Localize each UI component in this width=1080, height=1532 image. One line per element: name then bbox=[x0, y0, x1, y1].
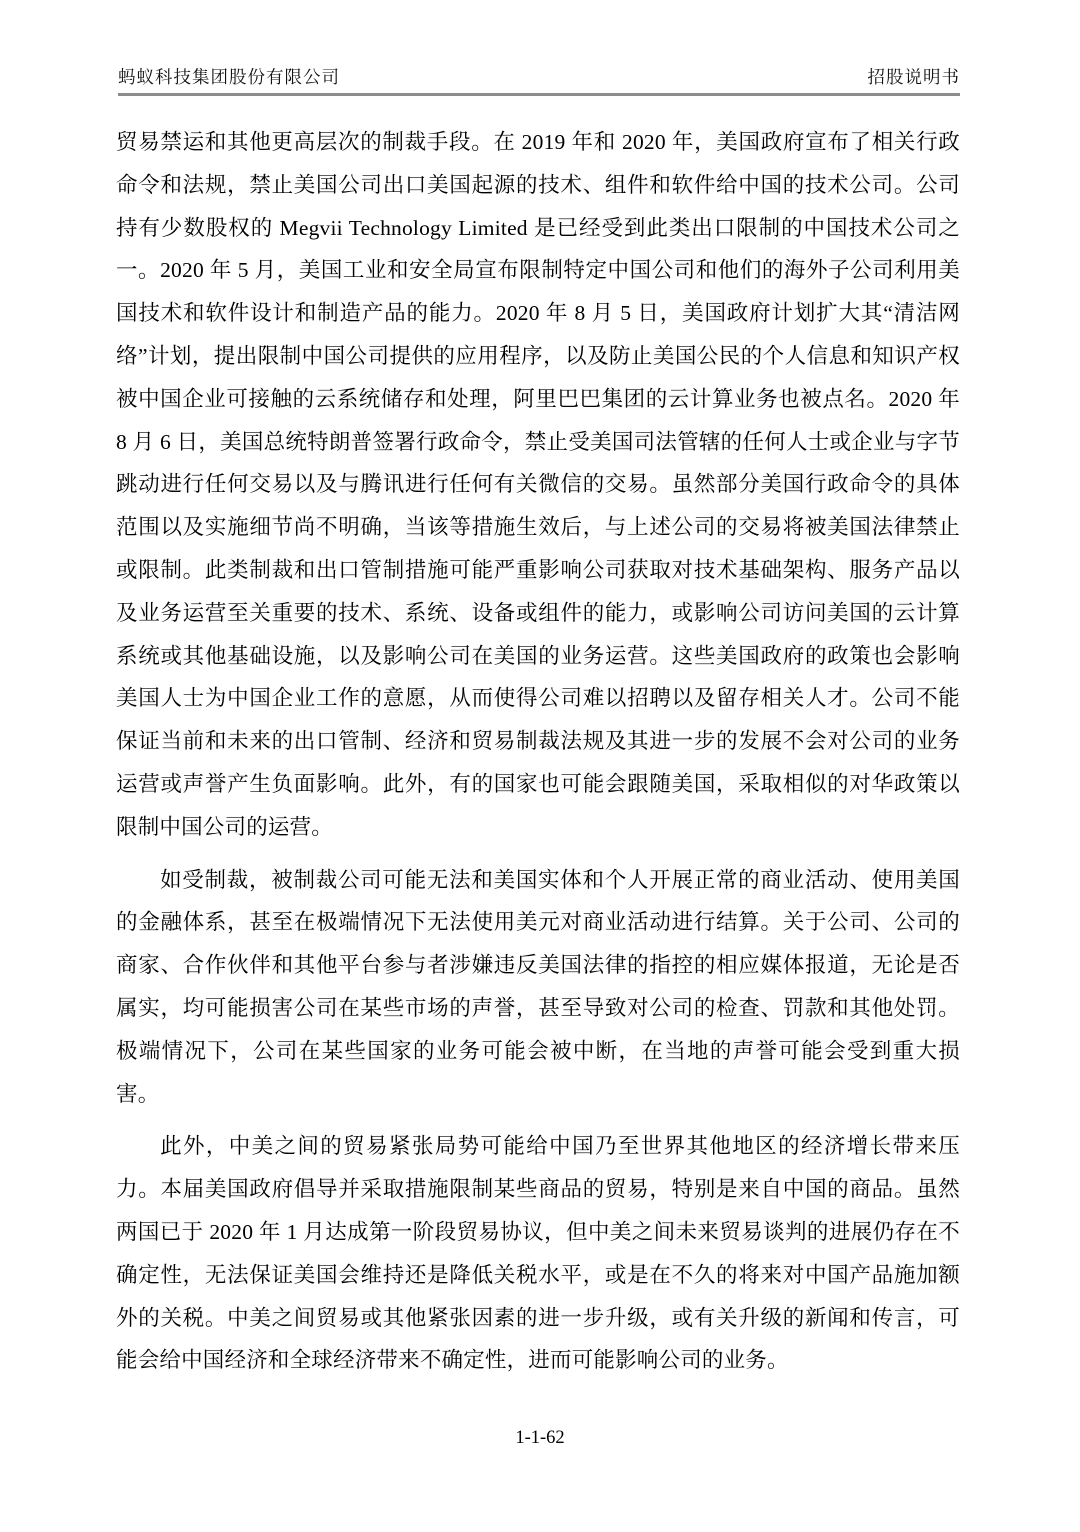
paragraph-sanctions-export-controls: 贸易禁运和其他更高层次的制裁手段。在 2019 年和 2020 年，美国政府宣布… bbox=[116, 121, 960, 849]
header-company-name: 蚂蚁科技集团股份有限公司 bbox=[118, 66, 340, 88]
paragraph-sanction-consequences: 如受制裁，被制裁公司可能无法和美国实体和个人开展正常的商业活动、使用美国的金融体… bbox=[116, 859, 960, 1116]
page-footer: 1-1-62 bbox=[0, 1428, 1080, 1449]
header-doc-type: 招股说明书 bbox=[868, 66, 961, 88]
page-header: 蚂蚁科技集团股份有限公司 招股说明书 bbox=[118, 66, 960, 96]
body-text: 贸易禁运和其他更高层次的制裁手段。在 2019 年和 2020 年，美国政府宣布… bbox=[116, 121, 960, 1392]
page-number: 1-1-62 bbox=[515, 1428, 564, 1448]
paragraph-trade-tensions: 此外，中美之间的贸易紧张局势可能给中国乃至世界其他地区的经济增长带来压力。本届美… bbox=[116, 1125, 960, 1382]
prospectus-page: 蚂蚁科技集团股份有限公司 招股说明书 贸易禁运和其他更高层次的制裁手段。在 20… bbox=[0, 0, 1080, 1532]
